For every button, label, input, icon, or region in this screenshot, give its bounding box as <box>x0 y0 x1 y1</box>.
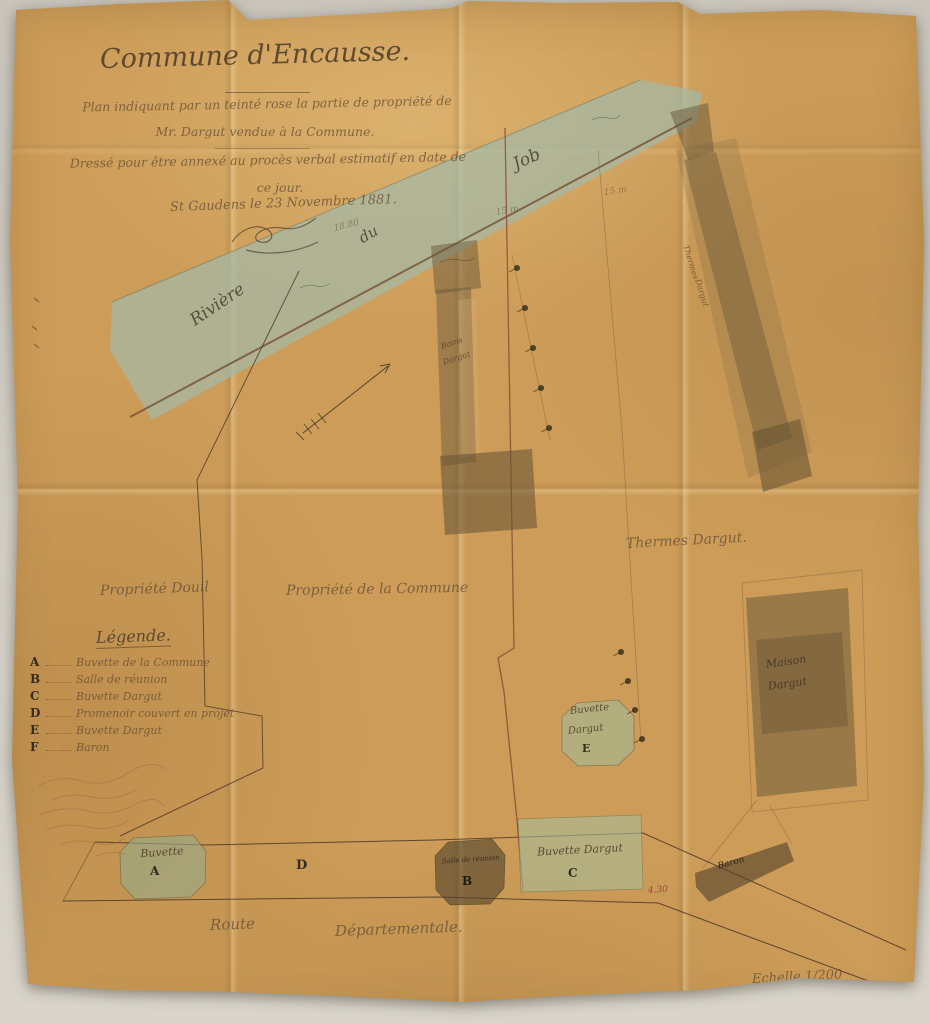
legend-key-f: F <box>30 739 44 756</box>
legend-label-b: Salle de réunion <box>76 673 167 686</box>
structure-e-key: E <box>582 742 590 755</box>
structure-c-key: C <box>568 866 578 880</box>
legend-row-e: EBuvette Dargut <box>30 722 162 739</box>
legend-leader <box>46 724 72 734</box>
subtitle-line-2: Mr. Dargut vendue à la Commune. <box>140 124 390 139</box>
paper-wrapper: Commune d'Encausse. Plan indiquant par u… <box>0 0 930 1024</box>
legend-leader <box>46 707 72 717</box>
legend-row-b: BSalle de réunion <box>30 671 167 688</box>
structure-a-key: A <box>150 864 159 878</box>
margin-tick-marks <box>32 298 39 348</box>
road-label-route: Route <box>210 914 255 934</box>
legend-leader <box>46 656 72 666</box>
parcel-label-commune: Propriété de la Commune <box>286 580 469 599</box>
legend-key-e: E <box>30 722 44 739</box>
north-arrow-shaft <box>303 366 388 433</box>
legend-row-d: DPromenoir couvert en projet <box>30 705 234 722</box>
legend-label-a: Buvette de la Commune <box>76 656 210 669</box>
legend-label-c: Buvette Dargut <box>76 690 162 703</box>
legend-label-e: Buvette Dargut <box>76 724 162 737</box>
legend-leader <box>46 741 72 751</box>
paper-sheet: Commune d'Encausse. Plan indiquant par u… <box>0 0 930 1024</box>
road-left-cap <box>63 842 95 901</box>
structure-b-key: B <box>462 874 472 888</box>
legend-label-f: Baron <box>76 741 110 754</box>
legend-label-d: Promenoir couvert en projet <box>76 707 234 720</box>
legend-title: Légende. <box>96 625 172 649</box>
subtitle-underline <box>215 148 310 149</box>
measurement-430: 4.30 <box>648 885 669 896</box>
legend-leader <box>46 673 72 683</box>
subtitle-line-4: ce jour. <box>240 180 320 195</box>
legend-key-a: A <box>30 654 44 671</box>
legend-row-c: CBuvette Dargut <box>30 688 162 705</box>
path-line-2 <box>770 806 792 844</box>
legend-key-d: D <box>30 705 44 722</box>
legend-key-b: B <box>30 671 44 688</box>
salle-b-octagon <box>435 839 505 905</box>
legend-row-a: ABuvette de la Commune <box>30 654 210 671</box>
legend-leader <box>46 690 72 700</box>
photographed-plan: Commune d'Encausse. Plan indiquant par u… <box>0 0 930 1024</box>
structure-d-key: D <box>296 858 307 873</box>
baron-wedge <box>695 842 794 902</box>
bains-block-building <box>440 449 537 535</box>
outbuilding-square <box>431 240 481 294</box>
title-underline <box>225 92 310 93</box>
legend-key-c: C <box>30 688 44 705</box>
legend-row-f: FBaron <box>30 739 110 756</box>
